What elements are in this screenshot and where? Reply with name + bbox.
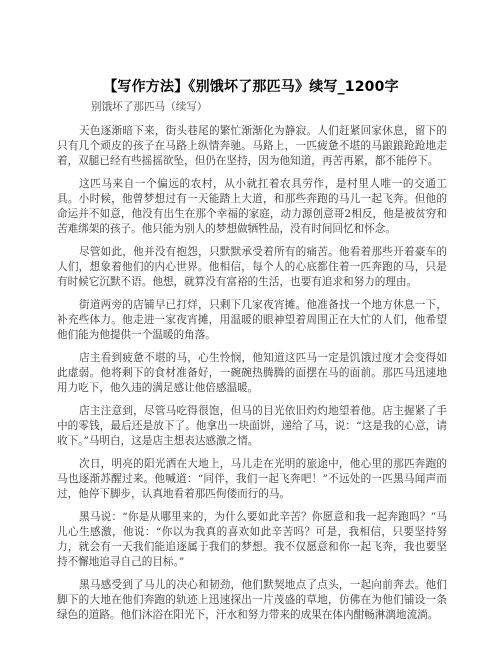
document-subtitle: 别饿坏了那匹马（续写） bbox=[57, 100, 447, 115]
paragraph: 天色逐渐暗下来，街头巷尾的繁忙渐渐化为静寂。人们赶紧回家休息，留下的只有几个顽皮… bbox=[57, 124, 447, 169]
document-page: 【写作方法】《别饿坏了那匹马》续写_1200字 别饿坏了那匹马（续写） 天色逐渐… bbox=[0, 0, 502, 649]
paragraph: 店主看到疲惫不堪的马，心生怜悯，他知道这匹马一定是饥饿过度才会变得如此虚弱。他将… bbox=[57, 351, 447, 396]
paragraph: 尽管如此，他并没有抱怨，只默默承受着所有的痛苦。他看着那些开着豪车的人们，想象着… bbox=[57, 245, 447, 290]
paragraph: 黑马感受到了马儿的决心和韧劲，他们默契地点了点头，一起向前奔去。他们脚下的大地在… bbox=[57, 578, 447, 623]
paragraph: 店主注意到，尽管马吃得很饱，但马的目光依旧灼灼地望着他。店主握紧了手中的零钱，最… bbox=[57, 404, 447, 449]
paragraph: 街道两旁的店铺早已打烊，只剩下几家夜宵摊。他准备找一个地方休息一下，补充些体力。… bbox=[57, 298, 447, 343]
document-title: 【写作方法】《别饿坏了那匹马》续写_1200字 bbox=[0, 78, 502, 96]
document-body: 别饿坏了那匹马（续写） 天色逐渐暗下来，街头巷尾的繁忙渐渐化为静寂。人们赶紧回家… bbox=[57, 100, 447, 631]
paragraph: 黑马说：“你是从哪里来的，为什么要如此辛苦？你愿意和我一起奔跑吗？”马儿心生感激… bbox=[57, 510, 447, 570]
paragraph: 次日，明亮的阳光洒在大地上，马儿走在光明的旅途中，他心里的那匹奔跑的马也逐渐苏醒… bbox=[57, 457, 447, 502]
paragraph: 这匹马来自一个偏远的农村，从小就扛着农具劳作，是村里人唯一的交通工具。小时候，他… bbox=[57, 177, 447, 237]
